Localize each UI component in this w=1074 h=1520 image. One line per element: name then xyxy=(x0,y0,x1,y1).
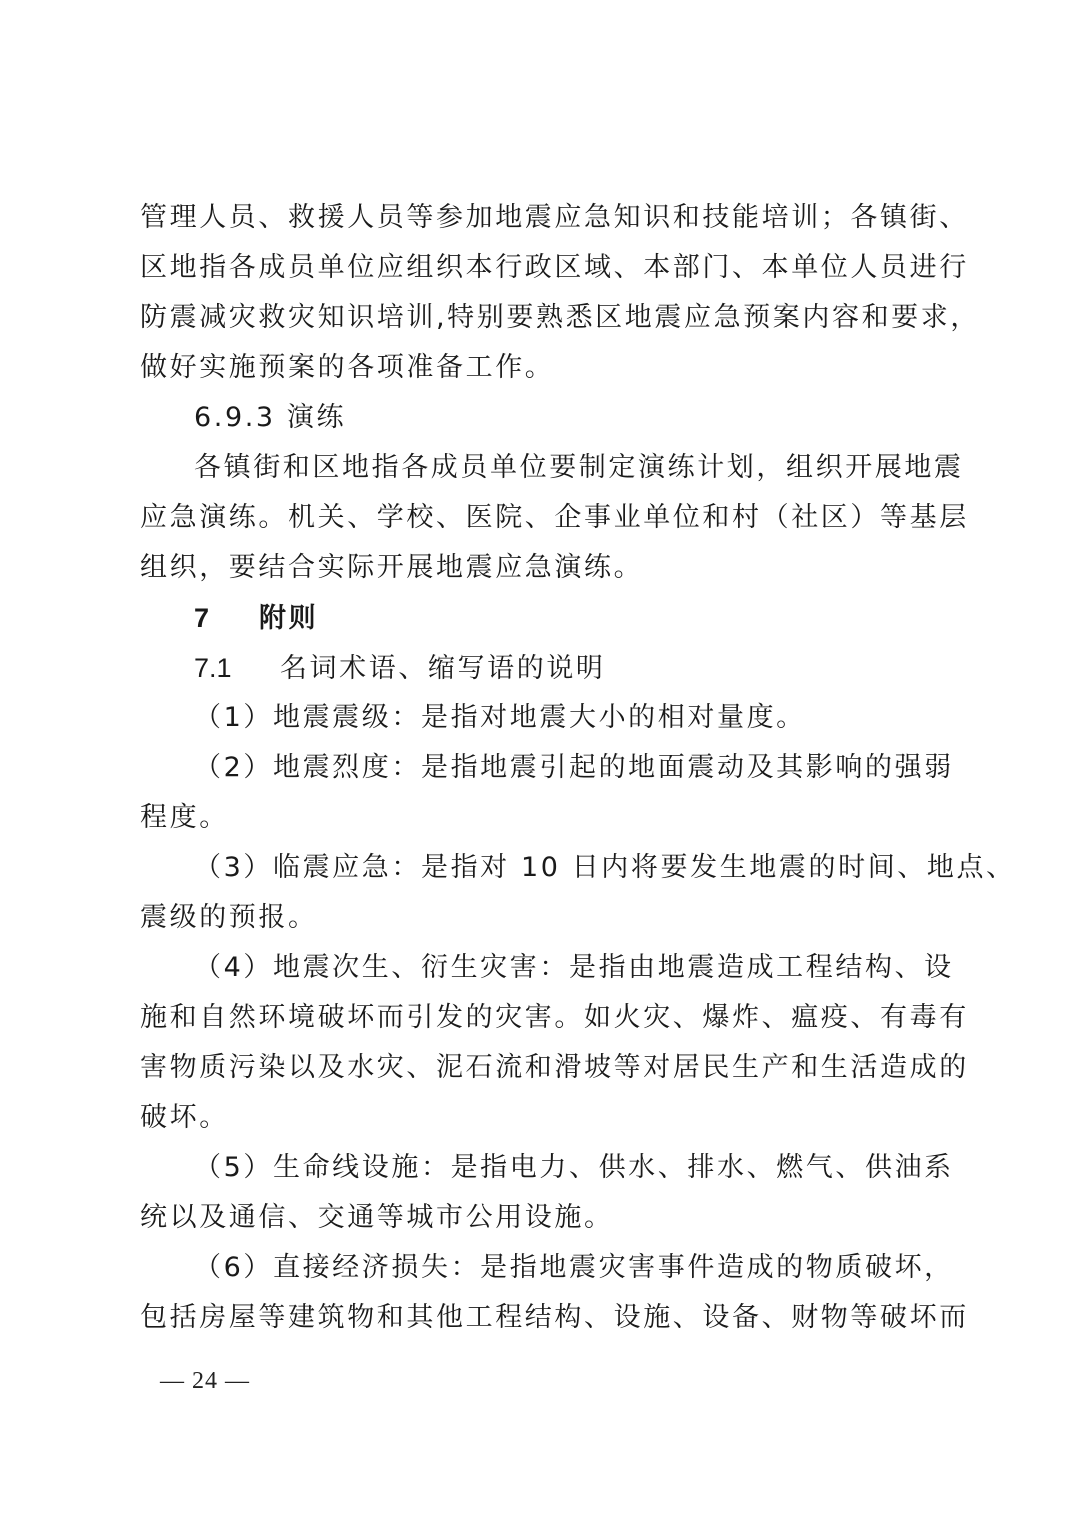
definition-item: （3）临震应急：是指对 10 日内将要发生地震的时间、地点、 xyxy=(194,848,940,888)
definition-item: （1）地震震级：是指对地震大小的相对量度。 xyxy=(194,698,940,738)
section-heading-7: 7 附则 xyxy=(194,598,940,638)
definition-item-continuation: 震级的预报。 xyxy=(140,898,940,938)
paragraph-line: 区地指各成员单位应组织本行政区域、本部门、本单位人员进行 xyxy=(140,248,940,288)
definition-item-continuation: 施和自然环境破坏而引发的灾害。如火灾、爆炸、瘟疫、有毒有 xyxy=(140,998,940,1038)
page-number: — 24 — xyxy=(160,1366,250,1396)
section-heading-6-9-3: 6.9.3 演练 xyxy=(194,398,940,438)
definition-item-continuation: 破坏。 xyxy=(140,1098,940,1138)
paragraph-line: 管理人员、救援人员等参加地震应急知识和技能培训；各镇街、 xyxy=(140,198,940,238)
section-title: 附则 xyxy=(259,603,318,634)
definition-item-continuation: 包括房屋等建筑物和其他工程结构、设施、设备、财物等破坏而 xyxy=(140,1298,940,1338)
section-title: 名词术语、缩写语的说明 xyxy=(280,653,606,684)
paragraph-line: 各镇街和区地指各成员单位要制定演练计划，组织开展地震 xyxy=(194,448,940,488)
paragraph-line: 做好实施预案的各项准备工作。 xyxy=(140,348,940,388)
section-number: 7.1 xyxy=(194,653,232,683)
definition-item: （6）直接经济损失：是指地震灾害事件造成的物质破坏， xyxy=(194,1248,940,1288)
section-number: 7 xyxy=(194,603,209,633)
definition-item-continuation: 害物质污染以及水灾、泥石流和滑坡等对居民生产和生活造成的 xyxy=(140,1048,940,1088)
paragraph-line: 应急演练。机关、学校、医院、企事业单位和村（社区）等基层 xyxy=(140,498,940,538)
document-page: 管理人员、救援人员等参加地震应急知识和技能培训；各镇街、 区地指各成员单位应组织… xyxy=(0,0,1074,1520)
definition-item-continuation: 程度。 xyxy=(140,798,940,838)
definition-item: （2）地震烈度：是指地震引起的地面震动及其影响的强弱 xyxy=(194,748,940,788)
definition-item-continuation: 统以及通信、交通等城市公用设施。 xyxy=(140,1198,940,1238)
definition-item: （5）生命线设施：是指电力、供水、排水、燃气、供油系 xyxy=(194,1148,940,1188)
paragraph-line: 防震减灾救灾知识培训,特别要熟悉区地震应急预案内容和要求， xyxy=(140,298,940,338)
definition-item: （4）地震次生、衍生灾害：是指由地震造成工程结构、设 xyxy=(194,948,940,988)
section-heading-7-1: 7.1 名词术语、缩写语的说明 xyxy=(194,648,940,688)
paragraph-line: 组织，要结合实际开展地震应急演练。 xyxy=(140,548,940,588)
